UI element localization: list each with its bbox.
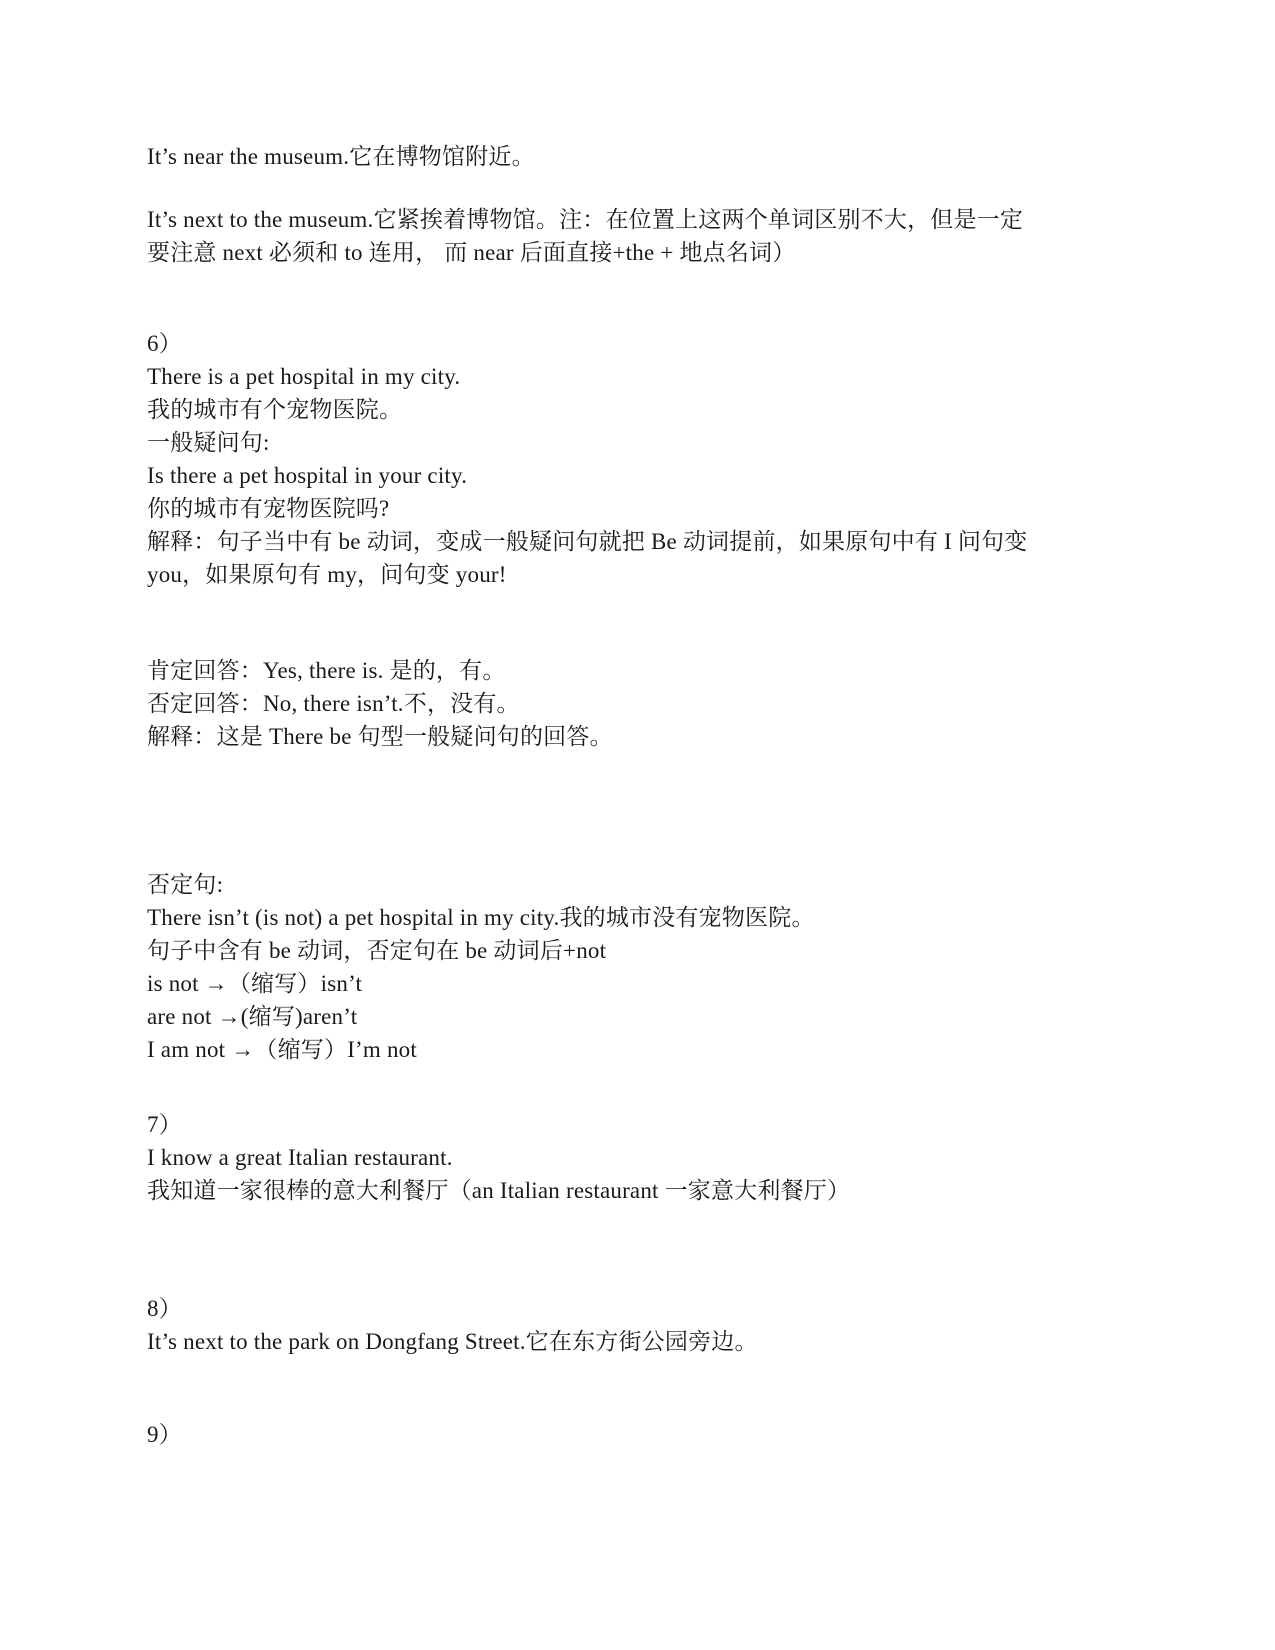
- item-number: 8）: [147, 1292, 1175, 1325]
- text-line: 否定句:: [147, 868, 1175, 901]
- section-item-9: 9）: [147, 1418, 1175, 1451]
- text-line: There isn’t (is not) a pet hospital in m…: [147, 901, 1175, 934]
- section-item-8: 8） It’s next to the park on Dongfang Str…: [147, 1292, 1175, 1358]
- section-item-7: 7） I know a great Italian restaurant. 我知…: [147, 1108, 1175, 1207]
- text-line: 一般疑问句:: [147, 426, 1175, 459]
- text-line: I know a great Italian restaurant.: [147, 1141, 1175, 1174]
- text-line: Is there a pet hospital in your city.: [147, 459, 1175, 492]
- text-line: It’s next to the museum.它紧挨着博物馆。注：在位置上这两…: [147, 203, 1175, 236]
- paragraph-negative-sentence: 否定句: There isn’t (is not) a pet hospital…: [147, 868, 1175, 1066]
- text-line: 句子中含有 be 动词，否定句在 be 动词后+not: [147, 934, 1175, 967]
- document-page: It’s near the museum.它在博物馆附近。 It’s next …: [0, 0, 1275, 1650]
- text-line: There is a pet hospital in my city.: [147, 360, 1175, 393]
- item-number: 7）: [147, 1108, 1175, 1141]
- paragraph-next-to-museum-note: It’s next to the museum.它紧挨着博物馆。注：在位置上这两…: [147, 203, 1175, 269]
- text-line: are not →(缩写)aren’t: [147, 1000, 1175, 1033]
- text-line: It’s near the museum.它在博物馆附近。: [147, 140, 1175, 173]
- text-line: It’s next to the park on Dongfang Street…: [147, 1325, 1175, 1358]
- text-line: 我知道一家很棒的意大利餐厅（an Italian restaurant 一家意大…: [147, 1174, 1175, 1207]
- section-item-6: 6） There is a pet hospital in my city. 我…: [147, 327, 1175, 591]
- text-line: 你的城市有宠物医院吗?: [147, 492, 1175, 525]
- paragraph-answers: 肯定回答：Yes, there is. 是的，有。 否定回答：No, there…: [147, 654, 1175, 753]
- text-line: 解释：句子当中有 be 动词，变成一般疑问句就把 Be 动词提前，如果原句中有 …: [147, 525, 1175, 558]
- text-line: is not →（缩写）isn’t: [147, 967, 1175, 1000]
- text-line: 解释：这是 There be 句型一般疑问句的回答。: [147, 720, 1175, 753]
- text-line: you，如果原句有 my，问句变 your!: [147, 558, 1175, 591]
- item-number: 9）: [147, 1418, 1175, 1451]
- text-line: I am not →（缩写）I’m not: [147, 1033, 1175, 1066]
- text-line: 要注意 next 必须和 to 连用， 而 near 后面直接+the + 地点…: [147, 236, 1175, 269]
- text-line: 否定回答：No, there isn’t.不，没有。: [147, 687, 1175, 720]
- paragraph-near-museum: It’s near the museum.它在博物馆附近。: [147, 140, 1175, 173]
- text-line: 我的城市有个宠物医院。: [147, 393, 1175, 426]
- item-number: 6）: [147, 327, 1175, 360]
- text-line: 肯定回答：Yes, there is. 是的，有。: [147, 654, 1175, 687]
